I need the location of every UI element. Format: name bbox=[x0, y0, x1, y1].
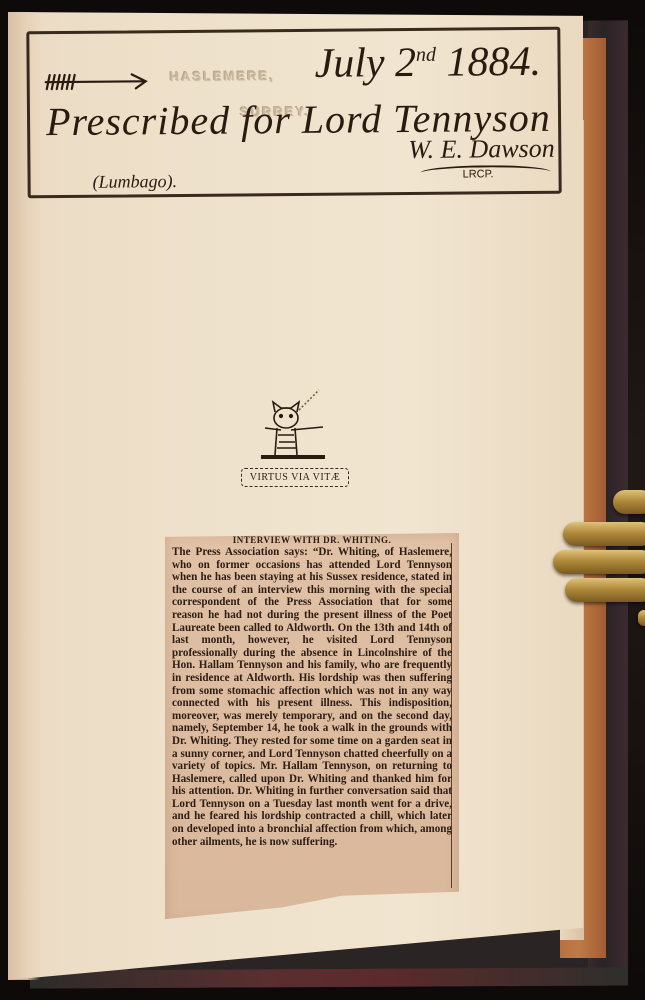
family-crest: VIRTUS VIA VITÆ bbox=[225, 380, 355, 495]
clasp-bar bbox=[613, 490, 645, 514]
ailment-note: (Lumbago). bbox=[93, 171, 178, 193]
clasp-bar bbox=[638, 610, 645, 626]
clasp-bar bbox=[553, 550, 645, 574]
cat-crest-icon bbox=[225, 380, 355, 465]
clipping-body: The Press Association says: “Dr. Whiting… bbox=[172, 546, 452, 848]
prescription-label: HASLEMERE, SURREY. July 2nd 1884. Prescr… bbox=[26, 27, 561, 199]
embossed-stamp-line1: HASLEMERE, bbox=[170, 68, 275, 84]
clipping-headline: INTERVIEW WITH DR. WHITING. bbox=[172, 535, 452, 545]
clasp-bar bbox=[563, 522, 645, 546]
date-suffix: nd bbox=[416, 44, 436, 66]
cover-bottom-edge bbox=[30, 967, 628, 988]
date-year: 1884. bbox=[446, 39, 541, 86]
date-text: July 2 bbox=[314, 40, 416, 87]
feathered-arrow-icon bbox=[44, 71, 154, 92]
crest-motto: VIRTUS VIA VITÆ bbox=[241, 468, 349, 487]
clasp-bar bbox=[565, 578, 645, 602]
doctor-qualification: LRCP. bbox=[462, 168, 493, 180]
clipping-paragraph: The Press Association says: “Dr. Whiting… bbox=[172, 546, 452, 848]
newspaper-clipping: INTERVIEW WITH DR. WHITING. The Press As… bbox=[165, 533, 459, 923]
doctor-signature: W. E. Dawson bbox=[408, 134, 555, 165]
brass-clasp bbox=[553, 490, 645, 630]
handwritten-date: July 2nd 1884. bbox=[314, 38, 541, 88]
